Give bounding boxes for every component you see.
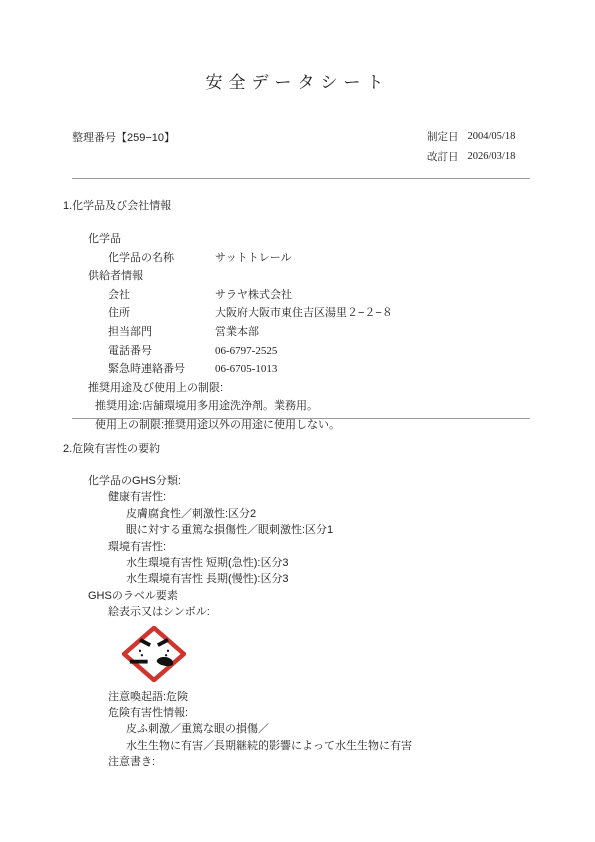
field-row-phone: 電話番号 06-6797-2525 (63, 342, 543, 361)
field-label: 住所 (108, 304, 215, 323)
established-date: 2004/05/18 (468, 127, 516, 147)
pictogram-label: 絵表示又はシンボル: (63, 604, 543, 620)
doc-number: 整理番号【259−10】 (72, 129, 175, 145)
field-label: 担当部門 (108, 323, 215, 342)
env-hazard-item: 水生環境有害性 短期(急性):区分3 (63, 555, 543, 571)
revised-date: 2026/03/18 (468, 147, 516, 167)
field-row-department: 担当部門 営業本部 (63, 323, 543, 342)
field-label: 電話番号 (108, 342, 215, 361)
health-hazard-item: 眼に対する重篤な損傷性／眼刺激性:区分1 (63, 522, 543, 538)
section1-heading: 1.化学品及び会社情報 (63, 197, 543, 213)
horizontal-divider (72, 418, 530, 419)
supplier-group-label: 供給者情報 (63, 267, 543, 286)
health-hazard-item: 皮膚腐食性／刺激性:区分2 (63, 506, 543, 522)
hazard-statement: 皮ふ刺激／重篤な眼の損傷／ (63, 721, 543, 737)
ghs-classification-label: 化学品のGHS分類: (63, 473, 543, 489)
health-hazard-label: 健康有害性: (63, 489, 543, 505)
ghs05-corrosion-icon (122, 626, 186, 682)
ghs05-corrosion-pictogram (122, 626, 186, 682)
revised-date-row: 改訂日 2026/03/18 (427, 147, 515, 167)
chemical-group-label: 化学品 (63, 230, 543, 249)
field-row-company: 会社 サラヤ株式会社 (63, 286, 543, 305)
page-title: 安全データシート (0, 68, 595, 93)
field-label: 会社 (108, 286, 215, 305)
revised-label: 改訂日 (427, 147, 459, 167)
field-row-chemical-name: 化学品の名称 サットトレール (63, 249, 543, 268)
field-value: 06-6797-2525 (215, 342, 277, 361)
section-chemical-company-info: 1.化学品及び会社情報 化学品 化学品の名称 サットトレール 供給者情報 会社 … (63, 197, 543, 435)
field-row-address: 住所 大阪府大阪市東住吉区湯里２−２−８ (63, 304, 543, 323)
field-label: 化学品の名称 (108, 249, 215, 268)
section2-heading: 2.危険有害性の要約 (63, 440, 543, 456)
field-value: 06-6705-1013 (215, 360, 277, 379)
field-value: 大阪府大阪市東住吉区湯里２−２−８ (215, 304, 393, 323)
field-value: サットトレール (215, 249, 292, 268)
signal-word-line: 注意喚起語:危険 (63, 689, 543, 705)
field-row-emergency-phone: 緊急時連絡番号 06-6705-1013 (63, 360, 543, 379)
horizontal-divider (72, 178, 530, 179)
established-label: 制定日 (427, 127, 459, 147)
date-block: 制定日 2004/05/18 改訂日 2026/03/18 (427, 127, 515, 167)
field-value: 営業本部 (215, 323, 259, 342)
precaution-label: 注意書き: (63, 754, 543, 770)
hazard-info-label: 危険有害性情報: (63, 705, 543, 721)
sds-document-page: 安全データシート 整理番号【259−10】 制定日 2004/05/18 改訂日… (0, 0, 595, 842)
recommended-use-line: 推奨用途:店舗環境用多用途洗浄剤。業務用。 (63, 397, 543, 416)
hazard-statement: 水生生物に有害／長期継続的影響によって水生生物に有害 (63, 738, 543, 754)
ghs-label-elements-heading: GHSのラベル要素 (63, 588, 543, 604)
env-hazard-item: 水生環境有害性 長期(慢性):区分3 (63, 571, 543, 587)
established-date-row: 制定日 2004/05/18 (427, 127, 515, 147)
section-hazard-summary: 2.危険有害性の要約 化学品のGHS分類: 健康有害性: 皮膚腐食性／刺激性:区… (63, 440, 543, 771)
field-label: 緊急時連絡番号 (108, 360, 215, 379)
usage-restriction-heading: 推奨用途及び使用上の制限: (63, 379, 543, 398)
env-hazard-label: 環境有害性: (63, 539, 543, 555)
field-value: サラヤ株式会社 (215, 286, 292, 305)
